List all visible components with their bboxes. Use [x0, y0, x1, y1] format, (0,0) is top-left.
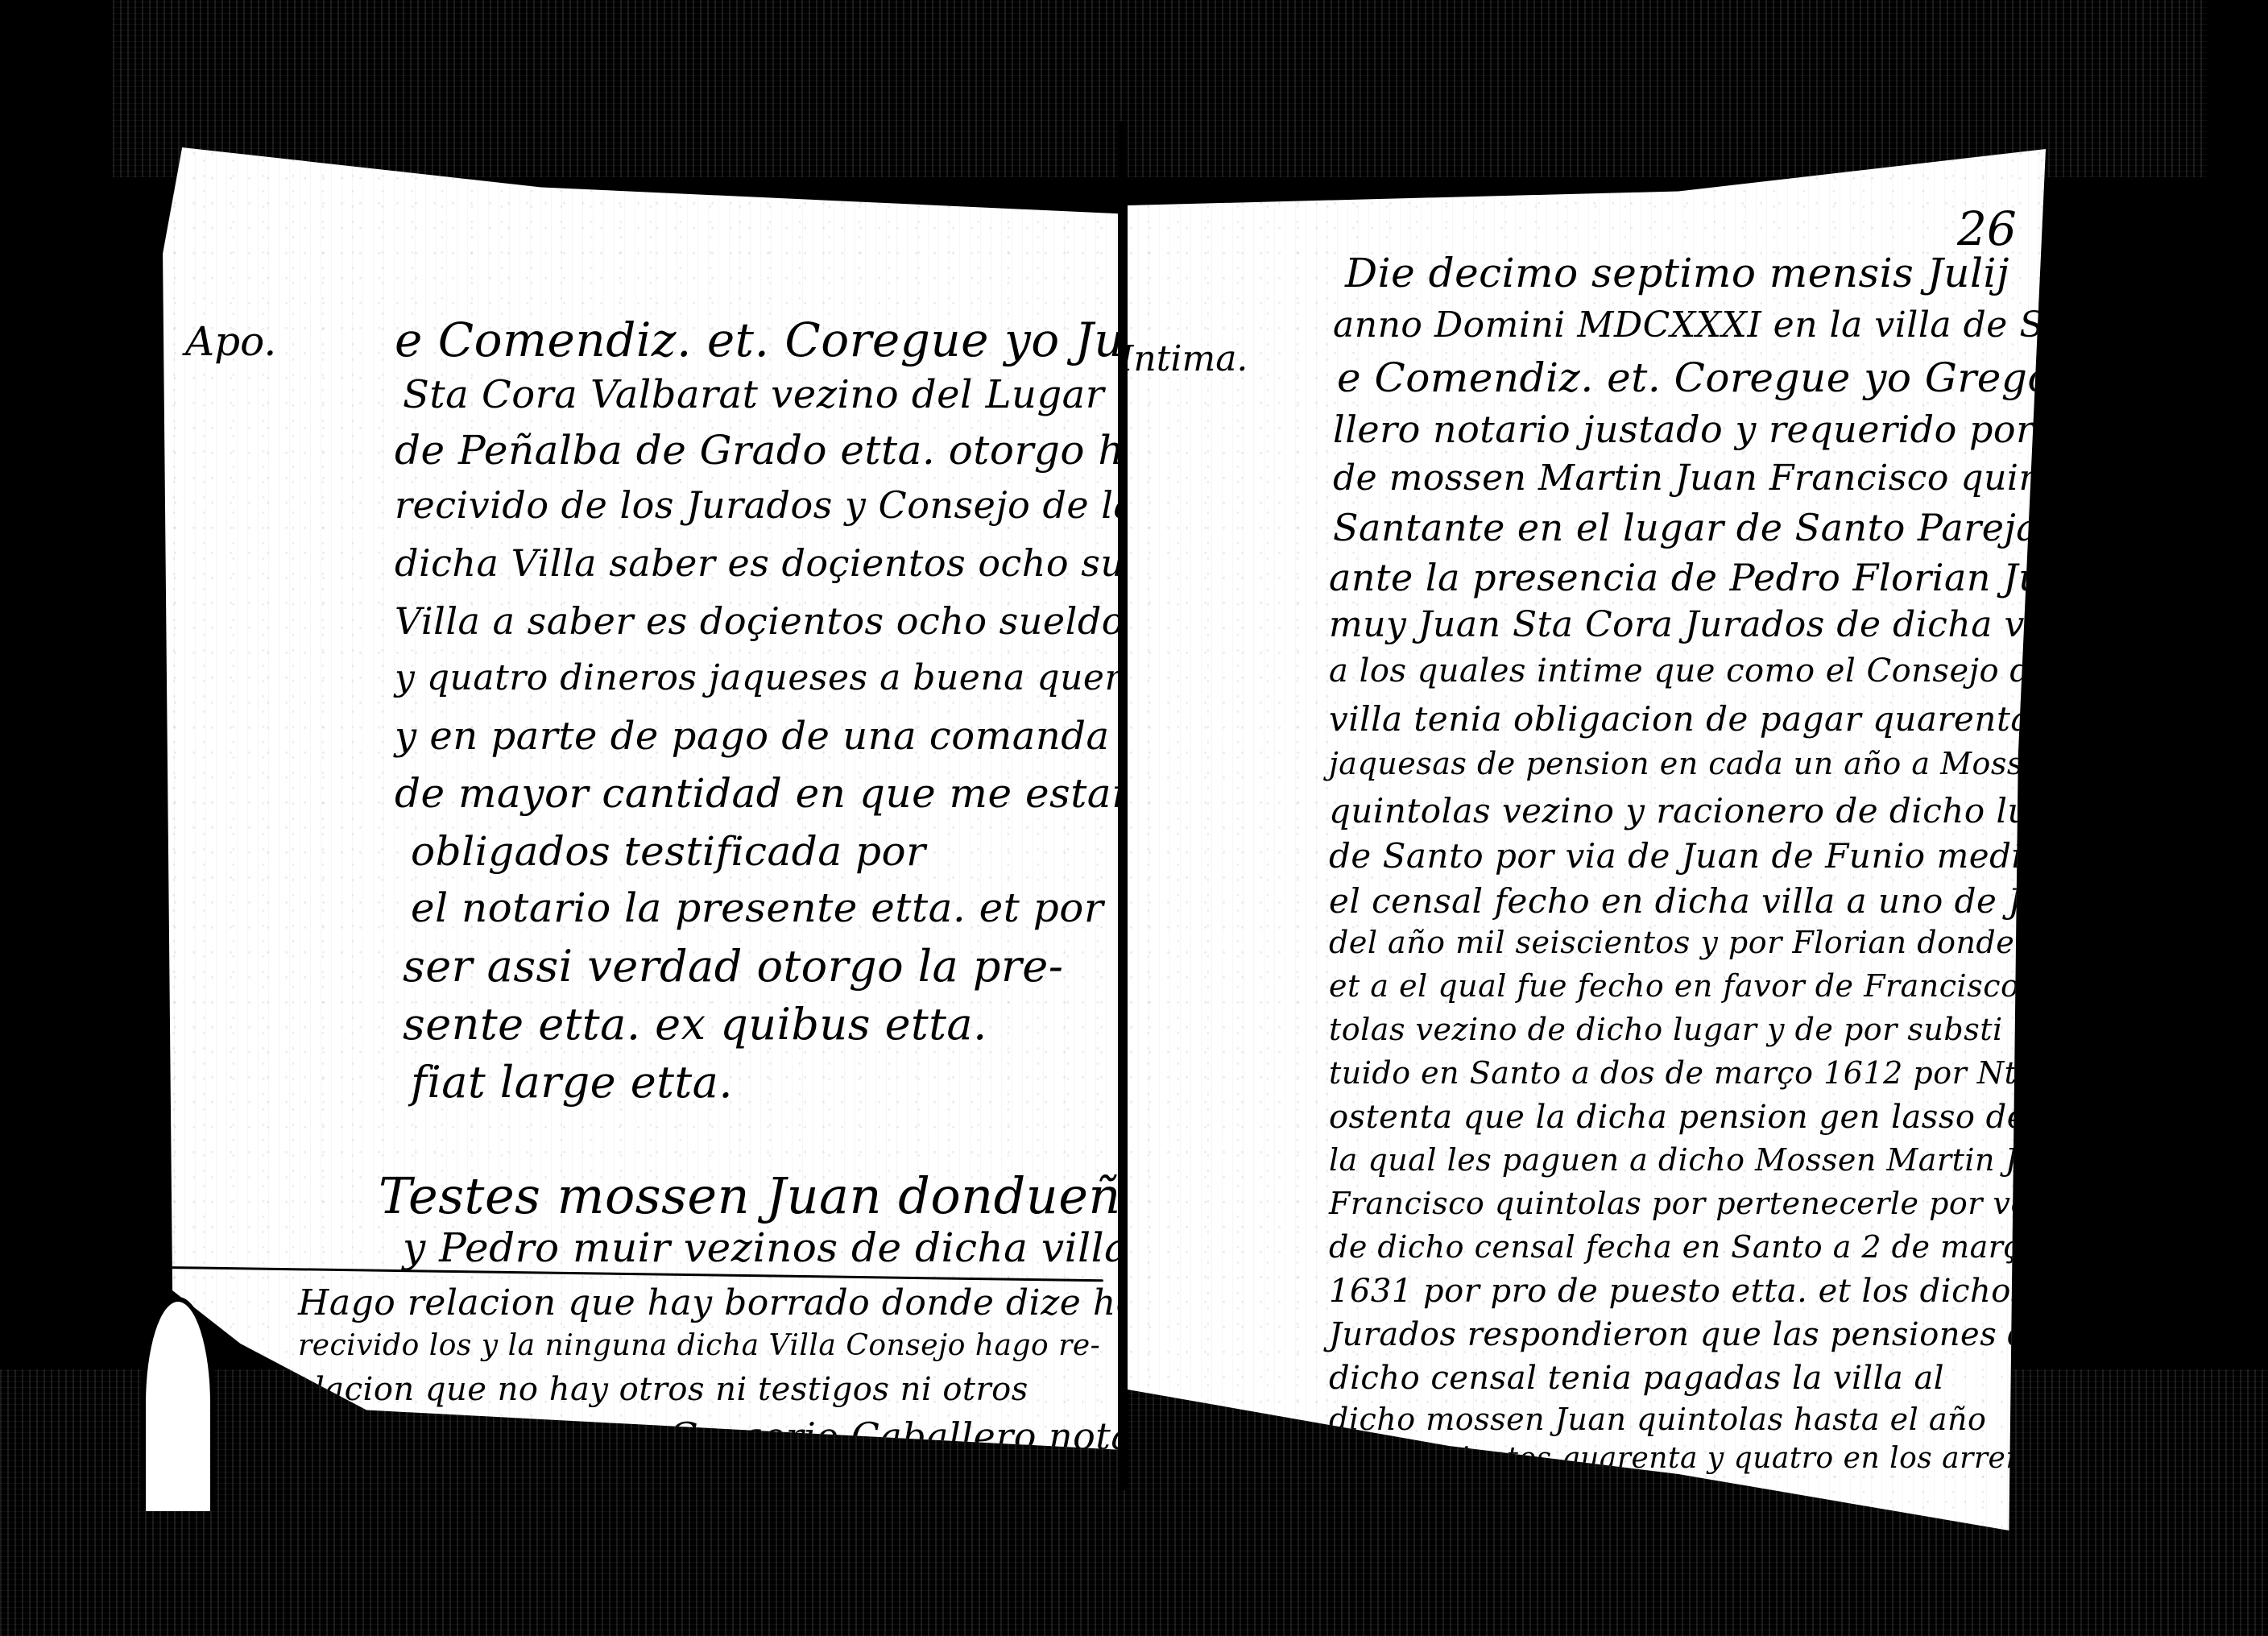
right-line-13: del año mil seiscientos y por Florian do…	[1329, 925, 2014, 960]
right-line-9: jaquesas de pension en cada un año a Mos…	[1329, 746, 2046, 781]
right-line-22: Jurados respondieron que las pensiones d…	[1329, 1316, 2046, 1353]
right-line-10: quintolas vezino y racionero de dicho lu…	[1329, 791, 2046, 830]
left-line-5: dicha Villa saber es doçientos ocho suel…	[395, 541, 1124, 585]
folio-number: 26	[1957, 201, 2017, 256]
right-line-6: muy Juan Sta Cora Jurados de dicha villa	[1329, 604, 2046, 645]
left-witness-line-1: Testes mossen Juan dondueños	[379, 1166, 1124, 1225]
right-line-17: ostenta que la dicha pension gen lasso d…	[1329, 1099, 2026, 1136]
right-line-20: de dicho censal fecha en Santo a 2 de ma…	[1329, 1229, 2040, 1265]
left-line-14: fiat large etta.	[411, 1057, 733, 1108]
left-line-11: el notario la presente etta. et por	[411, 884, 1103, 931]
left-line-2: Sta Cora Valbarat vezino del Lugar	[403, 372, 1104, 417]
page-curl	[141, 1297, 215, 1511]
right-line-16: tuido en Santo a dos de março 1612 por N…	[1329, 1055, 2046, 1091]
right-line-1: e Comendiz. et. Coregue yo Gregorio Cabo	[1337, 354, 2046, 401]
scan-noise-top	[113, 0, 2207, 177]
left-page: Apo. e Comendiz. et. Coregue yo Juan Sta…	[153, 121, 1124, 1450]
left-line-10: obligados testificada por	[411, 828, 926, 875]
right-line-5: ante la presencia de Pedro Florian Juan	[1329, 556, 2046, 599]
left-line-9: de mayor cantidad en que me estan	[395, 770, 1124, 817]
left-witness-line-2: y Pedro muir vezinos de dicha villa	[403, 1224, 1124, 1271]
left-attestation-line-1: Hago relacion que hay borrado donde dize…	[298, 1282, 1124, 1323]
left-line-12: ser assi verdad otorgo la pre-	[403, 941, 1063, 992]
right-line-4: Santante en el lugar de Santo Pareja	[1333, 506, 2038, 549]
right-line-2: llero notario justado y requerido por pa…	[1333, 408, 2046, 451]
left-line-3: de Peñalba de Grado etta. otorgo haber	[395, 427, 1124, 474]
left-attestation-line-3: lacion que no hay otros ni testigos ni o…	[314, 1371, 1028, 1408]
right-line-24: dicho mossen Juan quintolas hasta el año	[1329, 1402, 1986, 1437]
right-margin-note: Intima.	[1128, 338, 1248, 379]
right-line-23: dicho censal tenia pagadas la villa al	[1329, 1360, 1944, 1397]
book-gutter	[1118, 121, 1128, 1490]
left-line-4: recivido de los Jurados y Consejo de la	[395, 483, 1124, 527]
left-line-7: y quatro dineros jaqueses a buena quenta	[395, 657, 1124, 698]
left-line-1: e Comendiz. et. Coregue yo Juan	[395, 313, 1124, 367]
right-line-8: villa tenia obligacion de pagar quarenta…	[1329, 699, 2046, 739]
left-line-13: sente etta. ex quibus etta.	[403, 999, 987, 1050]
right-line-3: de mossen Martin Juan Francisco quintola…	[1333, 458, 2046, 499]
date-line-1: Die decimo septimo mensis Julij	[1345, 250, 2009, 296]
right-line-14: et a el qual fue fecho en favor de Franc…	[1329, 968, 2046, 1004]
right-line-7: a los quales intime que como el Consejo …	[1329, 652, 2046, 690]
left-line-8: y en parte de pago de una comanda	[395, 714, 1110, 759]
left-line-6: Villa a saber es doçientos ocho sueldos	[395, 599, 1124, 643]
right-page: 26 Intima. Die decimo septimo mensis Jul…	[1128, 121, 2046, 1530]
right-line-12: el censal fecho en dicha villa a uno de …	[1329, 881, 2046, 921]
right-line-18: la qual les paguen a dicho Mossen Martin…	[1329, 1142, 2046, 1178]
right-line-19: Francisco quintolas por pertenecerle por…	[1329, 1186, 2046, 1221]
right-line-15: tolas vezino de dicho lugar y de por sub…	[1329, 1012, 2003, 1047]
left-margin-note: Apo.	[185, 318, 276, 365]
right-line-21: 1631 por pro de puesto etta. et los dich…	[1329, 1273, 2028, 1310]
left-attestation-line-2: recivido los y la ninguna dicha Villa Co…	[298, 1329, 1100, 1362]
date-line-2: anno Domini MDCXXXI en la villa de Stavi…	[1333, 304, 2046, 346]
right-line-11: de Santo por via de Juan de Funio median…	[1329, 836, 2046, 876]
